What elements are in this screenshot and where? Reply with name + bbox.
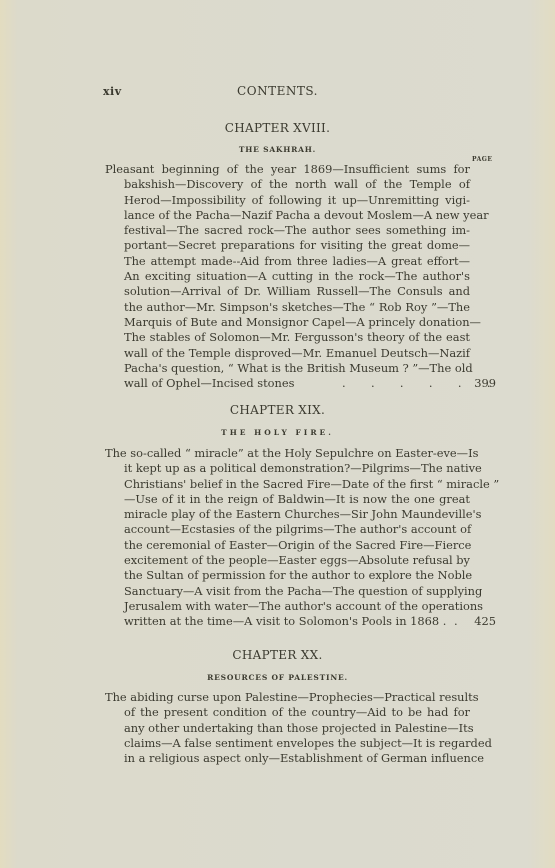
dot-leader: . (454, 614, 458, 629)
chapter-subtitle: THE SAKHRAH. (0, 145, 555, 154)
chapter-summary: The so-called “ miracle” at the Holy Sep… (105, 446, 470, 630)
chapter-heading: CHAPTER XX. (0, 648, 555, 662)
summary-line: The stables of Solomon—Mr. Fergusson's t… (124, 330, 470, 345)
summary-line: —Use of it in the reign of Baldwin—It is… (124, 492, 470, 507)
chapter-subtitle: RESOURCES OF PALESTINE. (0, 673, 555, 682)
summary-line: Herod—Impossibility of following it up—U… (124, 193, 470, 208)
page-number[interactable]: 399 (474, 376, 496, 391)
summary-line: the author—Mr. Simpson's sketches—The “ … (124, 300, 470, 315)
summary-line: claims—A false sentiment envelopes the s… (124, 736, 470, 751)
summary-line: lance of the Pacha—Nazif Pacha a devout … (124, 208, 470, 223)
summary-line: wall of the Temple disproved—Mr. Emanuel… (124, 346, 470, 361)
page-number[interactable]: 425 (474, 614, 496, 629)
summary-line: portant—Secret preparations for visiting… (124, 238, 470, 253)
summary-line: The attempt made--Aid from three ladies—… (124, 254, 470, 269)
summary-line: the Sultan of permission for the author … (124, 568, 470, 583)
summary-line: An exciting situation—A cutting in the r… (124, 269, 470, 284)
summary-line: The so-called “ miracle” at the Holy Sep… (105, 446, 470, 461)
summary-line: Marquis of Bute and Monsignor Capel—A pr… (124, 315, 470, 330)
summary-line: Sanctuary—A visit from the Pacha—The que… (124, 584, 470, 599)
summary-line: Pleasant beginning of the year 1869—Insu… (105, 162, 470, 177)
summary-line: miracle play of the Eastern Churches—Sir… (124, 507, 470, 522)
chapter-heading: CHAPTER XVIII. (0, 121, 555, 135)
chapter-heading: CHAPTER XIX. (0, 403, 555, 417)
summary-line: The abiding curse upon Palestine—Prophec… (105, 690, 470, 705)
summary-line: written at the time—A visit to Solomon's… (124, 614, 446, 628)
dot-leader: . . . . . . (342, 376, 490, 391)
summary-line: any other undertaking than those project… (124, 721, 470, 736)
summary-line: wall of Ophel—Incised stones (124, 376, 294, 390)
summary-line: account—Ecstasies of the pilgrims—The au… (124, 522, 470, 537)
summary-line: Pacha's question, “ What is the British … (124, 361, 470, 376)
running-title: CONTENTS. (0, 84, 555, 98)
chapter-summary: The abiding curse upon Palestine—Prophec… (105, 690, 470, 766)
summary-line: solution—Arrival of Dr. William Russell—… (124, 284, 470, 299)
chapter-subtitle: THE HOLY FIRE. (0, 428, 555, 437)
summary-line: festival—The sacred rock—The author sees… (124, 223, 470, 238)
summary-line: Christians' belief in the Sacred Fire—Da… (124, 477, 470, 492)
summary-last-line: wall of Ophel—Incised stones . . . . . .… (124, 376, 470, 391)
summary-line: bakshish—Discovery of the north wall of … (124, 177, 470, 192)
summary-line: of the present condition of the country—… (124, 705, 470, 720)
summary-line: in a religious aspect only—Establishment… (124, 751, 470, 766)
summary-last-line: written at the time—A visit to Solomon's… (124, 614, 470, 629)
chapter-summary: Pleasant beginning of the year 1869—Insu… (105, 162, 470, 391)
summary-line: Jerusalem with water—The author's accoun… (124, 599, 470, 614)
summary-line: the ceremonial of Easter—Origin of the S… (124, 538, 470, 553)
summary-line: it kept up as a political demonstration?… (124, 461, 470, 476)
page-column-label: PAGE (472, 156, 492, 163)
summary-line: excitement of the people—Easter eggs—Abs… (124, 553, 470, 568)
